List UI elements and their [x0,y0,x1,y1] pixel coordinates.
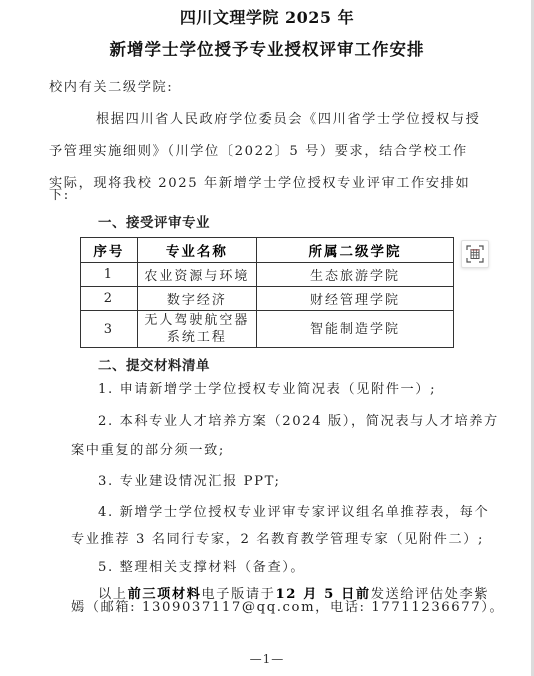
cell-major-line1: 无人驾驶航空器 [138,312,256,329]
material-item-4-line2: 专业推荐 3 名同行专家，2 名教育教学管理专家（见附件二）; [71,532,484,548]
material-item-3: 3. 专业建设情况汇报 PPT; [98,474,281,490]
table-row: 1 农业资源与环境 生态旅游学院 [81,263,454,287]
document-page: 四川文理学院 2025 年 新增学士学位授予专业授权评审工作安排 校内有关二级学… [0,0,531,676]
material-item-5: 5. 整理相关支撑材料（备查）。 [98,560,305,576]
intro-line-2: 予管理实施细则》（川学位〔2022〕5 号）要求，结合学校工作 [49,144,468,160]
cell-college: 智能制造学院 [257,311,454,348]
closing-line-2: 嫣（邮箱: 1309037117@qq.com，电话: 17711236677）… [71,600,504,616]
cell-college: 财经管理学院 [257,287,454,311]
material-item-1: 1. 申请新增学士学位授权专业简况表（见附件一）; [98,382,436,398]
header-college: 所属二级学院 [257,238,454,263]
cell-college: 生态旅游学院 [257,263,454,287]
cell-major: 无人驾驶航空器 系统工程 [137,311,256,348]
header-no: 序号 [81,238,138,263]
material-item-2-line1: 2. 本科专业人才培养方案（2024 版），简况表与人才培养方 [98,414,499,430]
table-row: 2 数字经济 财经管理学院 [81,287,454,311]
intro-line-1: 根据四川省人民政府学位委员会《四川省学士学位授权与授 [96,112,480,128]
salutation: 校内有关二级学院: [49,80,173,96]
table-select-button[interactable] [461,240,489,268]
cell-major: 农业资源与环境 [137,263,256,287]
table-select-icon [466,245,484,263]
material-item-2-line2: 案中重复的部分须一致; [71,443,225,459]
page-number: —1— [0,652,534,666]
majors-table: 序号 专业名称 所属二级学院 1 农业资源与环境 生态旅游学院 2 数字经济 财… [80,237,454,348]
cell-major-line2: 系统工程 [138,329,256,346]
intro-line-3: 实际，现将我校 2025 年新增学士学位授权专业评审工作安排如 [49,176,470,192]
cell-major: 数字经济 [137,287,256,311]
document-title-line2: 新增学士学位授予专业授权评审工作安排 [0,36,534,60]
table-row: 3 无人驾驶航空器 系统工程 智能制造学院 [81,311,454,348]
table-header-row: 序号 专业名称 所属二级学院 [81,238,454,263]
cell-no: 2 [81,287,138,311]
cell-no: 1 [81,263,138,287]
document-title-line1: 四川文理学院 2025 年 [0,5,534,28]
section1-heading: 一、接受评审专业 [98,211,210,231]
cell-no: 3 [81,311,138,348]
material-item-4-line1: 4. 新增学士学位授权专业评审专家评议组名单推荐表，每个 [98,505,489,521]
header-major: 专业名称 [137,238,256,263]
section2-heading: 二、提交材料清单 [98,354,210,374]
intro-line-4: 下: [49,188,70,204]
